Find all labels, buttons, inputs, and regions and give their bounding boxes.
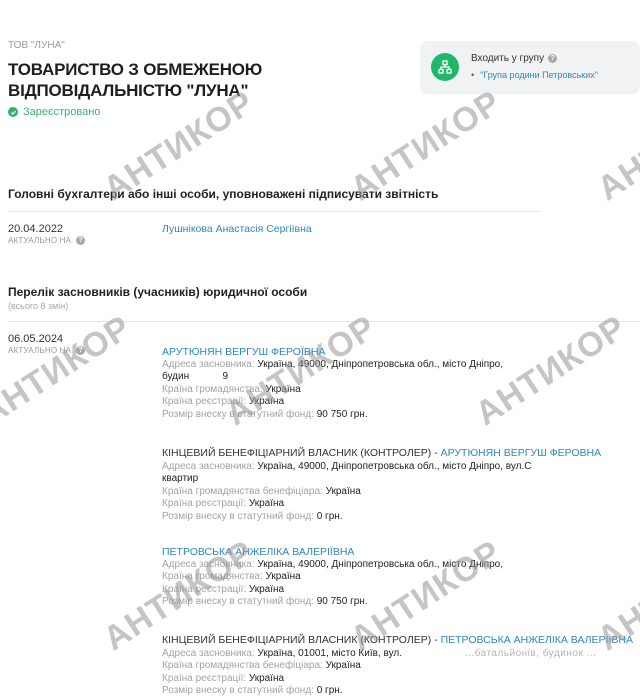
question-icon[interactable]: ?: [548, 54, 557, 63]
actual-label-text: АКТУАЛЬНО НА: [8, 236, 71, 245]
beneficiary-prefix: КІНЦЕВИЙ БЕНЕФІЦІАРНИЙ ВЛАСНИК (КОНТРОЛЕ…: [162, 634, 441, 646]
address-blurred: ...батальйонів, будинок ...: [465, 648, 597, 659]
founders-date: 06.05.2024: [8, 333, 63, 345]
registration-label: Країна реєстрації:: [162, 584, 246, 595]
registration-label: Країна реєстрації:: [162, 673, 246, 684]
address-label: Адреса засновника:: [162, 461, 255, 472]
question-icon[interactable]: ?: [76, 346, 85, 355]
page-title: ТОВАРИСТВО З ОБМЕЖЕНОЮ ВІДПОВІДАЛЬНІСТЮ …: [8, 59, 408, 101]
citizenship-value: Україна: [326, 486, 361, 497]
group-label-text: Входить у групу: [471, 53, 544, 64]
org-structure-icon: [431, 53, 459, 81]
group-card: Входить у групу ? "Група родини Петровсь…: [420, 41, 640, 94]
contribution-value: 90 750 грн.: [317, 409, 368, 420]
registration-value: Україна: [249, 584, 284, 595]
founders-heading: Перелік засновників (учасників) юридично…: [8, 285, 307, 299]
address-value: Україна, 49000, Дніпропетровська обл., м…: [257, 559, 503, 570]
accountants-date: 20.04.2022: [8, 223, 63, 235]
actual-label: АКТУАЛЬНО НА ?: [8, 236, 85, 245]
address-value: Україна, 01001, місто Київ, вул.: [257, 648, 402, 659]
contribution-value: 90 750 грн.: [317, 596, 368, 607]
citizenship-value: Україна: [326, 660, 361, 671]
watermark: АНТИКОР: [591, 83, 640, 209]
watermark: АНТИКОР: [0, 308, 139, 434]
question-icon[interactable]: ?: [76, 236, 85, 245]
group-label: Входить у групу ?: [471, 53, 557, 64]
beneficiary-entry: КІНЦЕВИЙ БЕНЕФІЦІАРНИЙ ВЛАСНИК (КОНТРОЛЕ…: [162, 634, 633, 698]
address-value: Україна, 49000, Дніпропетровська обл., м…: [257, 461, 531, 472]
citizenship-value: Україна: [265, 571, 300, 582]
address-label: Адреса засновника:: [162, 359, 255, 370]
contribution-label: Розмір внеску в статутний фонд:: [162, 409, 314, 420]
address-value: Україна, 49000, Дніпропетровська обл., м…: [257, 359, 503, 370]
company-short-name: ТОВ "ЛУНА": [8, 40, 65, 51]
registration-label: Країна реєстрації:: [162, 396, 246, 407]
beneficiary-prefix: КІНЦЕВИЙ БЕНЕФІЦІАРНИЙ ВЛАСНИК (КОНТРОЛЕ…: [162, 447, 441, 459]
contribution-value: 0 грн.: [317, 511, 343, 522]
divider: [8, 211, 540, 212]
group-link[interactable]: "Група родини Петровських": [471, 70, 598, 80]
address-line2: квартир: [162, 473, 601, 486]
accountants-heading: Головні бухгалтери або інші особи, уповн…: [8, 187, 438, 201]
registration-value: Україна: [249, 396, 284, 407]
founder-name-link[interactable]: АРУТЮНЯН ВЕРГУШ ФЕРОЇВНА: [162, 346, 503, 359]
address-line2: будин 9: [162, 371, 503, 384]
founder-name-link[interactable]: ПЕТРОВСЬКА АНЖЕЛІКА ВАЛЕРІЇВНА: [162, 546, 503, 559]
actual-label: АКТУАЛЬНО НА ?: [8, 346, 85, 355]
citizenship-value: Україна: [265, 384, 300, 395]
beneficiary-entry: КІНЦЕВИЙ БЕНЕФІЦІАРНИЙ ВЛАСНИК (КОНТРОЛЕ…: [162, 447, 601, 523]
citizenship-label: Країна громадянства:: [162, 571, 263, 582]
address-label: Адреса засновника:: [162, 648, 255, 659]
beneficiary-name-link[interactable]: АРУТЮНЯН ВЕРГУШ ФЕРОВНА: [441, 447, 602, 459]
check-circle-icon: [8, 107, 18, 117]
founder-entry: АРУТЮНЯН ВЕРГУШ ФЕРОЇВНА Адреса засновни…: [162, 346, 503, 421]
address-label: Адреса засновника:: [162, 559, 255, 570]
contribution-value: 0 грн.: [317, 685, 343, 696]
status-badge: Зареєстровано: [8, 106, 100, 118]
registration-label: Країна реєстрації:: [162, 498, 246, 509]
founders-subheading: (всього 8 змін): [8, 301, 68, 311]
registration-value: Україна: [249, 498, 284, 509]
contribution-label: Розмір внеску в статутний фонд:: [162, 596, 314, 607]
citizenship-label: Країна громадянства:: [162, 384, 263, 395]
accountant-person-link[interactable]: Лушнікова Анастасія Сергіївна: [162, 223, 312, 235]
contribution-label: Розмір внеску в статутний фонд:: [162, 511, 314, 522]
contribution-label: Розмір внеску в статутний фонд:: [162, 685, 314, 696]
registration-value: Україна: [249, 673, 284, 684]
beneficiary-name-link[interactable]: ПЕТРОВСЬКА АНЖЕЛІКА ВАЛЕРІЇВНА: [441, 634, 633, 646]
divider: [8, 321, 640, 322]
founder-entry: ПЕТРОВСЬКА АНЖЕЛІКА ВАЛЕРІЇВНА Адреса за…: [162, 546, 503, 609]
actual-label-text: АКТУАЛЬНО НА: [8, 346, 71, 355]
citizenship-label: Країна громадянства бенефіціара:: [162, 660, 323, 671]
status-text: Зареєстровано: [23, 106, 100, 118]
citizenship-label: Країна громадянства бенефіціара:: [162, 486, 323, 497]
